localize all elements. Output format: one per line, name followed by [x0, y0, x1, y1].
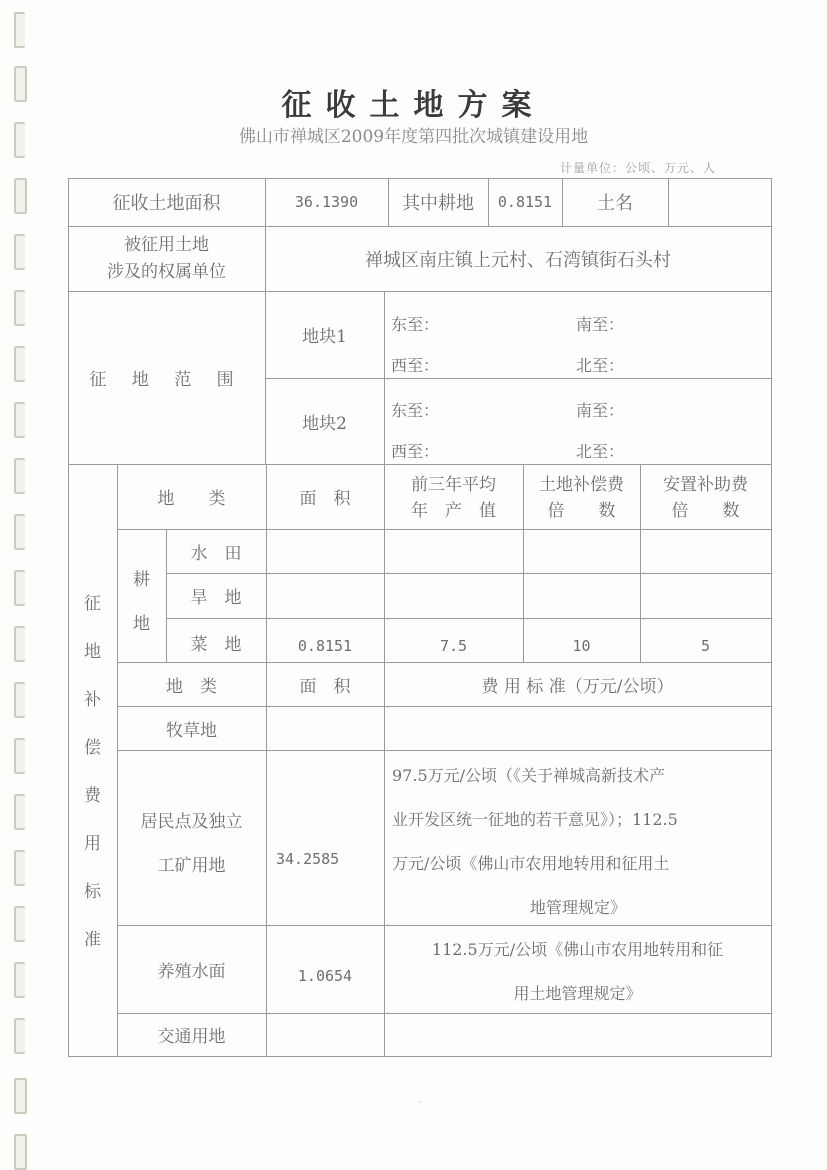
ownership-label-line1: 被征用土地 [68, 232, 265, 259]
row-type: 旱 地 [166, 573, 266, 618]
row-resettle: 5 [640, 637, 771, 655]
plot-1-name: 地块1 [265, 291, 384, 378]
plot-1-east: 东至： [391, 312, 439, 335]
row-area [266, 1013, 384, 1056]
row-type: 养殖水面 [117, 925, 266, 1013]
side-char: 偿 [68, 724, 117, 772]
plot-1-south: 南至： [576, 312, 624, 335]
ownership-label-line2: 涉及的权属单位 [68, 259, 265, 286]
unit-note: 计量单位：公顷、万元、人 [560, 159, 716, 176]
standard-line: 地管理规定》 [392, 886, 764, 930]
row-land-comp [523, 573, 640, 618]
binding-ring [14, 682, 25, 718]
side-char: 费 [68, 772, 117, 820]
soil-name-label: 土名 [562, 178, 668, 226]
header-avg-output-line1: 前三年平均 [384, 472, 523, 498]
row-area [266, 529, 384, 573]
header-land-type: 地 类 [117, 464, 266, 529]
other-header-land-type: 地 类 [117, 662, 266, 706]
row-type-line2: 工矿用地 [117, 844, 266, 888]
row-resettle [640, 573, 771, 618]
row-area: 0.8151 [266, 637, 384, 655]
plot-1-west: 西至： [391, 353, 439, 376]
binding-ring [14, 738, 25, 774]
total-area-label: 征收土地面积 [68, 178, 265, 226]
document-subtitle: 佛山市禅城区2009年度第四批次城镇建设用地 [0, 122, 827, 147]
other-header-standard: 费 用 标 准（万元/公顷） [384, 662, 771, 706]
header-resettle-line2: 倍 数 [640, 498, 771, 524]
header-area: 面 积 [266, 464, 384, 529]
side-char: 征 [68, 580, 117, 628]
binding-ring [14, 1078, 27, 1114]
side-char: 用 [68, 820, 117, 868]
row-avg-output: 7.5 [384, 637, 523, 655]
header-resettle-line1: 安置补助费 [640, 472, 771, 498]
binding-ring [14, 1018, 25, 1054]
standard-line: 万元/公顷《佛山市农用地转用和征用土 [392, 842, 764, 886]
row-area [266, 706, 384, 750]
plot-2-east: 东至： [391, 398, 439, 421]
row-type: 菜 地 [166, 630, 266, 655]
header-land-comp-multiple: 土地补偿费 倍 数 [523, 472, 640, 524]
total-area-value: 36.1390 [265, 178, 388, 226]
row-type: 牧草地 [117, 706, 266, 750]
row-area: 1.0654 [266, 932, 384, 1020]
side-char: 地 [68, 628, 117, 676]
farmland-group-char: 耕 [117, 558, 166, 602]
row-standard: 112.5万元/公顷《佛山市农用地转用和征 用土地管理规定》 [384, 928, 771, 1016]
binding-ring [14, 850, 25, 886]
farmland-value: 0.8151 [488, 178, 562, 226]
plot-2-south: 南至： [576, 398, 624, 421]
row-land-comp [523, 529, 640, 573]
row-avg-output [384, 529, 523, 573]
binding-ring [14, 12, 25, 48]
header-avg-output: 前三年平均 年 产 值 [384, 472, 523, 524]
binding-ring [14, 906, 25, 942]
binding-ring [14, 626, 25, 662]
standard-line: 业开发区统一征地的若干意见》）；112.5 [392, 798, 764, 842]
row-type: 居民点及独立 工矿用地 [117, 800, 266, 888]
binding-ring [14, 570, 25, 606]
side-char: 标 [68, 868, 117, 916]
binding-ring [14, 794, 25, 830]
row-type: 交通用地 [117, 1013, 266, 1056]
soil-name-value [668, 178, 771, 226]
other-header-area: 面 积 [266, 662, 384, 706]
compensation-side-label: 征 地 补 偿 费 用 标 准 [68, 580, 117, 964]
page-mark: - [418, 1097, 421, 1108]
binding-ring [14, 234, 25, 270]
binding-ring [14, 962, 25, 998]
row-standard: 97.5万元/公顷（《关于禅城高新技术产 业开发区统一征地的若干意见》）；112… [392, 754, 764, 930]
farmland-group-char: 地 [117, 602, 166, 646]
header-avg-output-line2: 年 产 值 [384, 498, 523, 524]
binding-ring [14, 458, 25, 494]
binding-ring [14, 290, 25, 326]
farmland-group-label: 耕 地 [117, 558, 166, 646]
side-char: 补 [68, 676, 117, 724]
ownership-label: 被征用土地 涉及的权属单位 [68, 232, 265, 286]
plot-1-north: 北至： [576, 353, 624, 376]
standard-line: 112.5万元/公顷《佛山市农用地转用和征 [384, 928, 771, 972]
row-resettle [640, 529, 771, 573]
header-resettle-multiple: 安置补助费 倍 数 [640, 472, 771, 524]
header-land-comp-line2: 倍 数 [523, 498, 640, 524]
plot-2-north: 北至： [576, 439, 624, 462]
header-land-comp-line1: 土地补偿费 [523, 472, 640, 498]
binding-ring [14, 402, 25, 438]
binding-ring [14, 346, 25, 382]
binding-ring [14, 178, 27, 214]
side-char: 准 [68, 916, 117, 964]
row-type: 水 田 [166, 529, 266, 573]
standard-line: 97.5万元/公顷（《关于禅城高新技术产 [392, 754, 764, 798]
row-avg-output [384, 573, 523, 618]
binding-ring [14, 514, 25, 550]
row-type-line1: 居民点及独立 [117, 800, 266, 844]
row-land-comp: 10 [523, 637, 640, 655]
plot-2-west: 西至： [391, 439, 439, 462]
binding-ring [14, 1134, 27, 1170]
ownership-value: 禅城区南庄镇上元村、石湾镇街石头村 [265, 226, 771, 291]
row-area [266, 573, 384, 618]
row-area: 34.2585 [276, 850, 339, 868]
land-range-label: 征 地 范 围 [68, 291, 265, 464]
standard-line: 用土地管理规定》 [384, 972, 771, 1016]
farmland-label: 其中耕地 [388, 178, 488, 226]
document-title: 征收土地方案 [0, 80, 827, 124]
plot-2-name: 地块2 [265, 378, 384, 464]
